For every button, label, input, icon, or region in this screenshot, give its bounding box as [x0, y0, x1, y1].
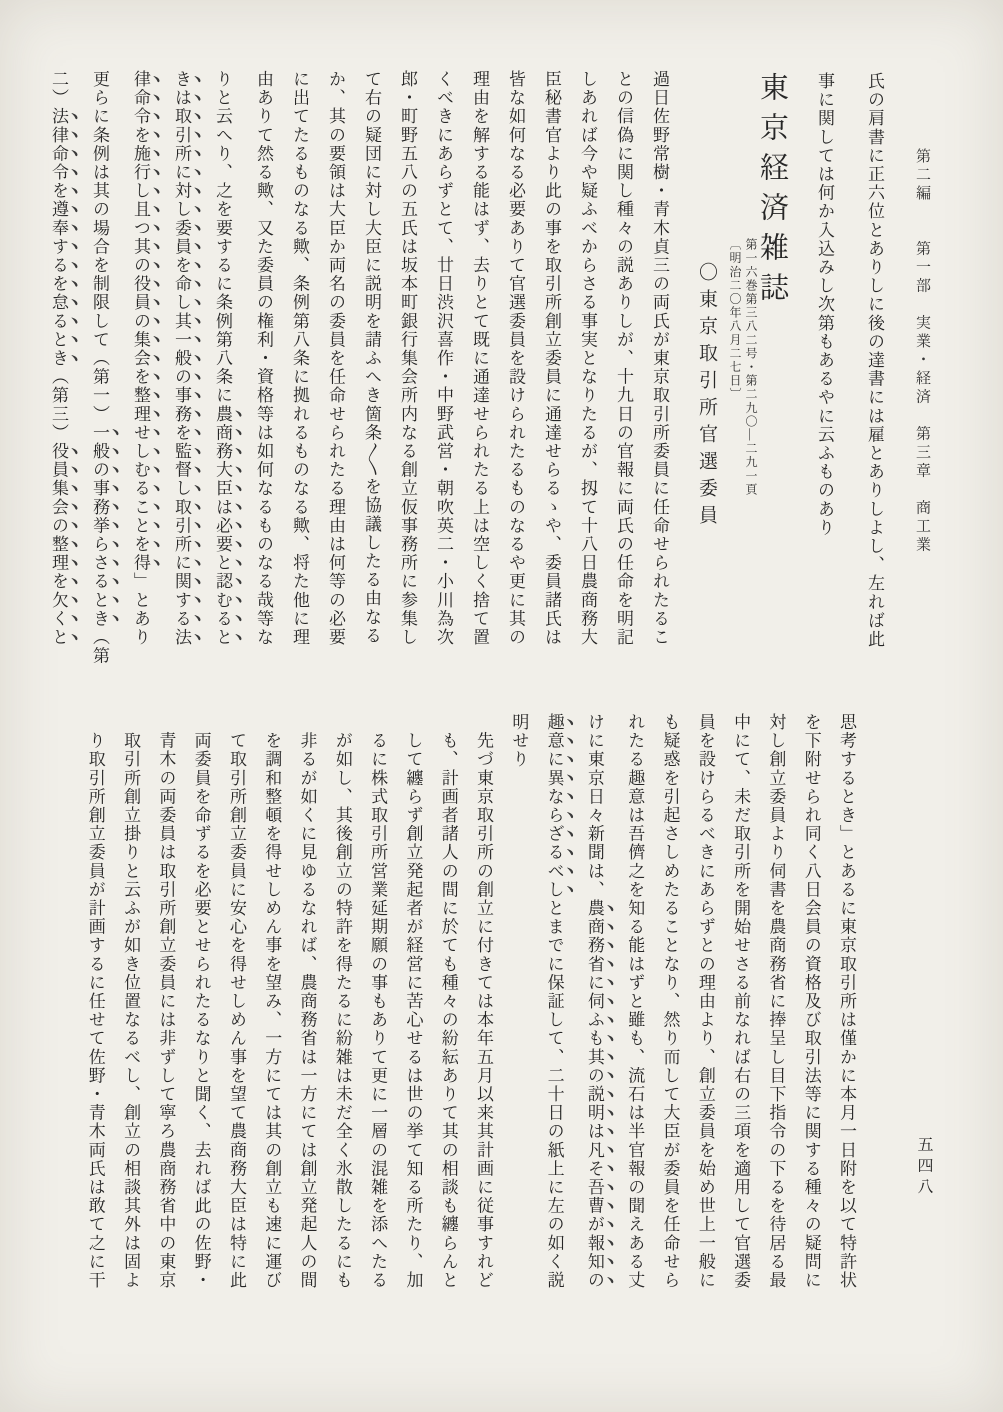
text-run: 役員集会の整理を欠くと	[49, 442, 68, 647]
article-body-upper: 過日佐野常樹・青木貞三の両氏が東京取引所委員に任命せられたることの信偽に関し種々…	[40, 70, 677, 665]
text-run: 」とあり	[131, 572, 150, 646]
text-run: 〔明治二〇年八月二七日〕	[728, 238, 742, 401]
text-run: 一般の事務挙らさるとき	[90, 423, 109, 628]
page-number: 五四八	[912, 1136, 935, 1199]
article-body-lower: 思考するとき」とあるに東京取引所は僅かに本月一日附を以て特許状を下附せられ同く八…	[77, 713, 864, 1290]
text-run: 趣意に異ならざるべし	[545, 713, 564, 899]
text-run: 非るが如くに見ゆるなれば、農商務省は一方にては創立発起人の間	[298, 713, 317, 1290]
text-run: 皆な如何なる必要ありて官選委員を設けられたるものなるや更に其の	[506, 70, 525, 647]
text-run: か、其の要領は大臣か両名の委員を任命せられたる理由は何等の必要	[326, 70, 345, 647]
text-run: 農商務省に伺ふも其の説明は凡そ吾曹が報知の	[585, 899, 604, 1290]
text-run: るに株式取引所営業延期願の事もありて更に一層の混雑を添へたる	[368, 713, 387, 1290]
text-run: 律命令を施行し且つ其の役員の集会を整理せしむることを得	[131, 70, 150, 572]
text-run: を調和整頓を得せしめん事を望み、一方にては其の創立も速に運び	[262, 713, 281, 1290]
text-run: に出てたるものなる歟、条例第八条に拠れるものなる歟、将た他に理	[290, 70, 309, 647]
text-run: 過日佐野常樹・青木貞三の両氏が東京取引所委員に任命せられたるこ	[650, 70, 669, 647]
running-header: 第二編 第一部 実業・経済 第三章 商工業	[912, 148, 933, 555]
text-run: を下附せられ同く八日会員の資格及び取引法等に関する種々の疑問に	[802, 713, 821, 1290]
text-run: も、計画者諸人の間に於ても種々の紛紜ありて其の相談も纏らんと	[439, 713, 458, 1290]
text-run: 臣秘書官より此の事を取引所創立委員に通達せらるゝや、委員諸氏は	[542, 70, 561, 647]
article-heading: 〇東京取引所官選委員	[693, 262, 720, 532]
scanned-page: 第二編 第一部 実業・経済 第三章 商工業 氏の肩書に正六位とありしに後の達書に…	[0, 0, 1003, 1412]
text-run: 思考するとき」とあるに東京取引所は僅かに本月一日附を以て特許状	[837, 713, 856, 1290]
text-run: 由ありて然る歟、又た委員の権利・資格等は如何なるものなる哉等な	[254, 70, 273, 647]
text-run: とまでに保証して、二十日の紙上に左の如く説	[545, 899, 564, 1290]
text-run: けに東京日々新聞は、	[585, 713, 604, 899]
text-run: 取引所創立掛りと云ふが如き位置なるべし、創立の相談其外は固よ	[121, 713, 140, 1290]
citation-volume-date: 第一六巻第三八二号・第二九〇―二九一頁〔明治二〇年八月二七日〕	[727, 238, 759, 496]
text-run: が如し、其後創立の特許を得たるに紛雑は未だ全く氷散したるにも	[333, 713, 352, 1290]
text-run: 明せり	[509, 713, 528, 769]
text-run: 農商務大臣は必要と認むると	[213, 405, 232, 647]
text-run: との信偽に関し種々の説ありしが、十九日の官報に両氏の任命を明記	[614, 70, 633, 647]
text-run: 二）	[49, 70, 68, 107]
text-run: 対し創立委員より伺書を農商務省に捧呈し目下指令の下るを待居る最	[766, 713, 785, 1290]
text-run: て右の疑団に対し大臣に説明を請ふへき箇条〱を協議したる由なる	[362, 70, 381, 645]
text-run: 郎・町野五八の五氏は坂本町銀行集会所内なる創立仮事務所に参集し	[398, 70, 417, 647]
text-run: 氏の肩書に正六位とありしに後の達書には雇とありしよし、左れば此	[865, 72, 884, 649]
text-run: りと云へり、之を要するに条例第八条に	[213, 70, 232, 405]
text-run: も疑惑を引起さしめたることなり、然り而して大臣が委員を任命せら	[661, 713, 680, 1290]
continuation-paragraph: 氏の肩書に正六位とありしに後の達書には雇とありしよし、左れば此事に関しては何か入…	[799, 72, 899, 649]
text-run: 両委員を命ずるを必要とせられたるなりと聞く、去れば此の佐野・	[192, 713, 211, 1290]
text-run: 先づ東京取引所の創立に付きては本年五月以来其計画に従事すれど	[474, 713, 493, 1290]
text-run: 更らに条例は其の場合を制限して（第一）	[90, 70, 109, 423]
text-run: くべきにあらずとて、廿日渋沢喜作・中野武営・朝吹英二・小川為次	[434, 70, 453, 647]
text-run: 事に関しては何か入込みし次第もあるやに云ふものあり	[815, 72, 834, 537]
text-run: れたる趣意は吾儕之を知る能はずと雖も、流石は半官報の聞えある丈	[625, 713, 644, 1290]
text-run: きは取引所に対し委員を命し其一般の事務を監督し取引所に関する法	[172, 70, 191, 647]
text-run: り取引所創立委員が計画するに任せて佐野・青木両氏は敢て之に干	[86, 713, 105, 1290]
text-run: （第三）	[49, 368, 68, 442]
text-run: 員を設けらるべきにあらずとの理由より、創立委員を始め世上一般に	[696, 713, 715, 1290]
text-run: 法律命令を遵奉するを怠るとき	[49, 107, 68, 367]
text-run: 中にて、未だ取引所を開始せさる前なれば右の三項を適用して官選委	[731, 713, 750, 1290]
text-run: 理由を解する能はず、去りとて既に通達せられたる上は空しく捨て置	[470, 70, 489, 647]
text-run: しあれば今や疑ふべからさる事実となりたるが、扨て十八日農商務大	[578, 70, 597, 647]
text-run: して纏らず創立発起者が経営に苦心せるは世の挙て知る所たり、加	[403, 713, 422, 1290]
text-run: 第一六巻第三八二号・第二九〇―二九一頁	[744, 238, 758, 496]
text-run: （第	[90, 628, 109, 665]
text-run: て取引所創立委員に安心を得せしめん事を望て農商務大臣は特に此	[227, 713, 246, 1290]
text-run: 青木の両委員は取引所創立委員には非ずして寧ろ農商務省中の東京	[156, 713, 175, 1290]
